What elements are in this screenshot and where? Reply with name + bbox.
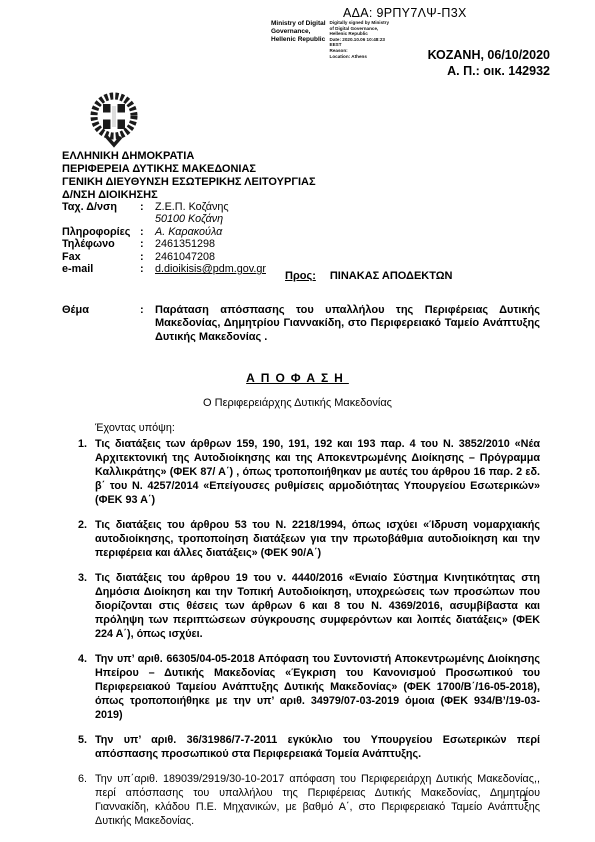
contact-row-postal: 50100 Κοζάνη bbox=[62, 213, 362, 225]
city-date: ΚΟΖΑΝΗ, 06/10/2020 bbox=[428, 47, 550, 63]
contact-label: e-mail bbox=[62, 263, 140, 275]
date-protocol-block: ΚΟΖΑΝΗ, 06/10/2020 Α. Π.: οικ. 142932 bbox=[428, 47, 550, 79]
digital-signature-stamp: Ministry of Digital Governance, Hellenic… bbox=[271, 20, 389, 59]
contact-label: Ταχ. Δ/νση bbox=[62, 201, 140, 213]
consideration-item: 6. Την υπ΄αριθ. 189039/2919/30-10-2017 α… bbox=[62, 772, 540, 828]
signature-details: Digitally signed by Ministry of Digital … bbox=[330, 20, 389, 59]
item-text: Τις διατάξεις του άρθρου 53 του Ν. 2218/… bbox=[95, 518, 540, 560]
decision-title: ΑΠΟΦΑΣΗ bbox=[0, 371, 595, 385]
ada-code: ΑΔΑ: 9ΡΠΥ7ΛΨ-Π3Χ bbox=[343, 6, 467, 20]
letterhead-general-directorate: ΓΕΝΙΚΗ ΔΙΕΥΘΥΝΣΗ ΕΣΩΤΕΡΙΚΗΣ ΛΕΙΤΟΥΡΓΙΑΣ bbox=[62, 176, 316, 189]
item-text: Την υπ΄αριθ. 189039/2919/30-10-2017 απόφ… bbox=[95, 772, 540, 828]
consideration-item: 3. Τις διατάξεις του άρθρου 19 του ν. 44… bbox=[62, 571, 540, 641]
contact-label: Πληροφορίες bbox=[62, 226, 140, 238]
subject-text: Παράταση απόσπασης του υπαλλήλου της Περ… bbox=[155, 304, 540, 344]
contact-value: 2461351298 bbox=[155, 238, 362, 250]
item-number: 5. bbox=[62, 733, 95, 761]
item-text: Την υπ’ αριθ. 66305/04-05-2018 Απόφαση τ… bbox=[95, 652, 540, 722]
ministry-line: Ministry of Digital bbox=[271, 20, 326, 28]
recipient-line: Προς:ΠΙΝΑΚΑΣ ΑΠΟΔΕΚΤΩΝ bbox=[285, 270, 453, 282]
contact-row-fax: Fax : 2461047208 bbox=[62, 251, 362, 263]
protocol-number: Α. Π.: οικ. 142932 bbox=[428, 63, 550, 79]
contact-value: Ζ.Ε.Π. Κοζάνης bbox=[155, 201, 362, 213]
contact-row-phone: Τηλέφωνο : 2461351298 bbox=[62, 238, 362, 250]
item-text: Τις διατάξεις του άρθρου 19 του ν. 4440/… bbox=[95, 571, 540, 641]
consideration-item: 1. Τις διατάξεις των άρθρων 159, 190, 19… bbox=[62, 437, 540, 507]
contact-label: Τηλέφωνο bbox=[62, 238, 140, 250]
consideration-item: 4. Την υπ’ αριθ. 66305/04-05-2018 Απόφασ… bbox=[62, 652, 540, 722]
item-number: 6. bbox=[62, 772, 95, 828]
letterhead: ΕΛΛΗΝΙΚΗ ΔΗΜΟΚΡΑΤΙΑ ΠΕΡΙΦΕΡΕΙΑ ΔΥΤΙΚΗΣ Μ… bbox=[62, 150, 316, 202]
ministry-logo-text: Ministry of Digital Governance, Hellenic… bbox=[271, 20, 326, 59]
item-number: 2. bbox=[62, 518, 95, 560]
considerations-preamble: Έχοντας υπόψη: bbox=[62, 421, 540, 435]
page-number: 1 bbox=[522, 792, 528, 804]
consideration-item: 2. Τις διατάξεις του άρθρου 53 του Ν. 22… bbox=[62, 518, 540, 560]
subject-block: Θέμα : Παράταση απόσπασης του υπαλλήλου … bbox=[62, 304, 540, 344]
item-number: 3. bbox=[62, 571, 95, 641]
contact-block: Ταχ. Δ/νση : Ζ.Ε.Π. Κοζάνης 50100 Κοζάνη… bbox=[62, 201, 362, 275]
signature-line: Location: Athens bbox=[330, 54, 389, 60]
signature-line: Digitally signed by Ministry bbox=[330, 20, 389, 26]
considerations-list: Έχοντας υπόψη: 1. Τις διατάξεις των άρθρ… bbox=[62, 421, 540, 839]
consideration-item: 5. Την υπ’ αριθ. 36/31986/7-7-2011 εγκύκ… bbox=[62, 733, 540, 761]
greek-national-emblem-icon bbox=[87, 91, 141, 154]
document-page: ΑΔΑ: 9ΡΠΥ7ΛΨ-Π3Χ Ministry of Digital Gov… bbox=[0, 0, 595, 842]
subject-label: Θέμα bbox=[62, 304, 140, 344]
contact-value: 2461047208 bbox=[155, 251, 362, 263]
ministry-line: Hellenic Republic bbox=[271, 36, 326, 44]
letterhead-republic: ΕΛΛΗΝΙΚΗ ΔΗΜΟΚΡΑΤΙΑ bbox=[62, 150, 316, 163]
contact-label: Fax bbox=[62, 251, 140, 263]
item-text: Τις διατάξεις των άρθρων 159, 190, 191, … bbox=[95, 437, 540, 507]
ministry-line: Governance, bbox=[271, 28, 326, 36]
contact-row-address: Ταχ. Δ/νση : Ζ.Ε.Π. Κοζάνης bbox=[62, 201, 362, 213]
recipient-label: Προς: bbox=[285, 270, 316, 282]
contact-value: Α. Καρακούλα bbox=[155, 226, 362, 238]
item-number: 4. bbox=[62, 652, 95, 722]
decision-subtitle: Ο Περιφερειάρχης Δυτικής Μακεδονίας bbox=[0, 397, 595, 409]
contact-row-information: Πληροφορίες : Α. Καρακούλα bbox=[62, 226, 362, 238]
item-number: 1. bbox=[62, 437, 95, 507]
item-text: Την υπ’ αριθ. 36/31986/7-7-2011 εγκύκλιο… bbox=[95, 733, 540, 761]
letterhead-region: ΠΕΡΙΦΕΡΕΙΑ ΔΥΤΙΚΗΣ ΜΑΚΕΔΟΝΙΑΣ bbox=[62, 163, 316, 176]
recipient-value: ΠΙΝΑΚΑΣ ΑΠΟΔΕΚΤΩΝ bbox=[330, 270, 453, 282]
contact-value: 50100 Κοζάνη bbox=[155, 213, 362, 225]
